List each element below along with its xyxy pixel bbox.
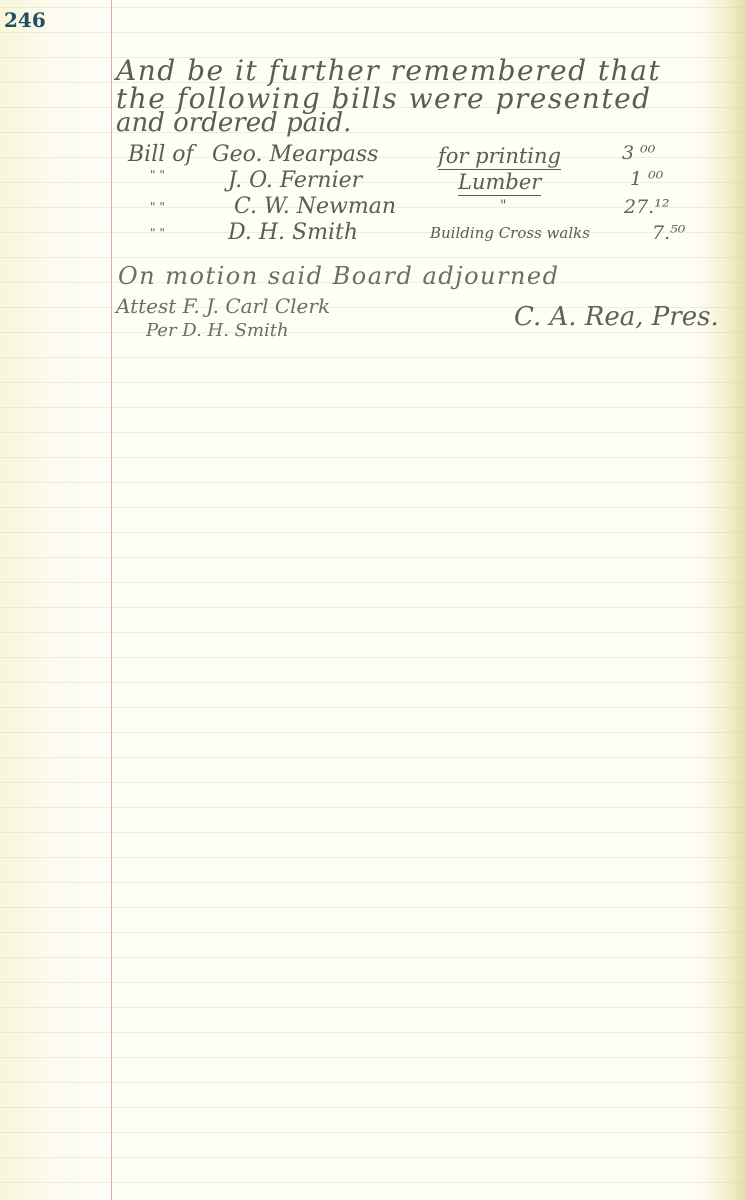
president-signature: C. A. Rea, Pres.	[514, 302, 719, 332]
bill-description: for printing	[438, 144, 561, 170]
bill-amount: 27.¹²	[624, 196, 719, 218]
bill-prefix: " "	[150, 200, 165, 214]
bill-payee: C. W. Newman	[234, 194, 396, 219]
bill-description: Building Cross walks	[430, 224, 590, 242]
bill-prefix: " "	[150, 168, 165, 182]
bill-description: Lumber	[458, 170, 541, 196]
attest-per: Per D. H. Smith	[146, 320, 289, 341]
bill-payee: J. O. Fernier	[228, 168, 362, 193]
bill-amount: 1 ⁰⁰	[630, 168, 725, 190]
bill-amount: 3 ⁰⁰	[622, 142, 717, 164]
bill-amount: 7.⁵⁰	[652, 222, 745, 244]
bill-description: "	[500, 198, 506, 214]
bill-payee: D. H. Smith	[228, 220, 358, 245]
bill-payee: Geo. Mearpass	[212, 142, 378, 167]
bill-prefix: Bill of	[128, 142, 194, 167]
preamble-line-3: and ordered paid.	[116, 108, 351, 138]
bill-row: Bill of Geo. Mearpass for printing 3 ⁰⁰	[0, 142, 745, 170]
attest-clerk: Attest F. J. Carl Clerk	[116, 294, 330, 318]
adjournment-motion: On motion said Board adjourned	[118, 262, 560, 290]
bill-row: " " D. H. Smith Building Cross walks 7.⁵…	[0, 220, 745, 248]
bill-prefix: " "	[150, 226, 165, 240]
ledger-page: 246 And be it further remembered that th…	[0, 0, 745, 1200]
bill-row: " " C. W. Newman " 27.¹²	[0, 194, 745, 222]
bill-row: " " J. O. Fernier Lumber 1 ⁰⁰	[0, 168, 745, 196]
page-number: 246	[4, 8, 46, 32]
